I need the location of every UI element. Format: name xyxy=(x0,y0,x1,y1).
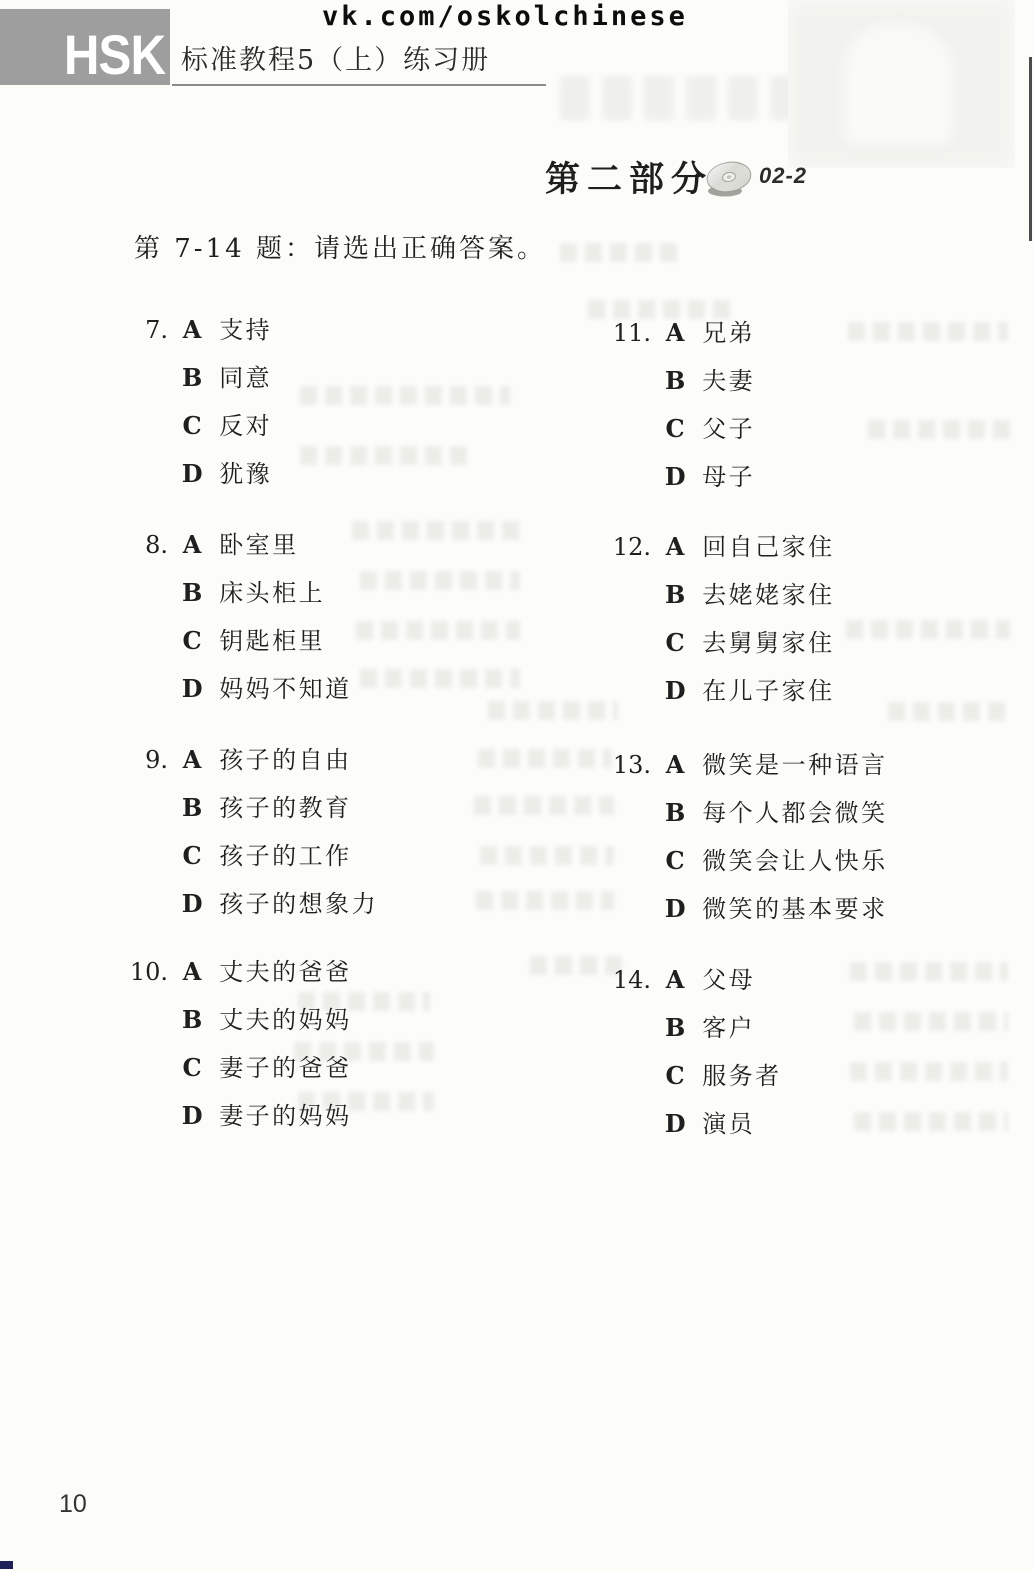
option-letter: A xyxy=(178,306,206,354)
question-12: 12. A 回自己家住 B 去姥姥家住 C 去舅舅家住 D 在儿子家住 xyxy=(607,522,835,714)
option-row: C 反对 xyxy=(124,401,272,449)
bleed-through-smudge xyxy=(854,1012,1008,1031)
option-text: 同意 xyxy=(219,354,272,402)
header-underline xyxy=(172,84,546,86)
option-row: D 母子 xyxy=(607,452,755,500)
option-row: C 孩子的工作 xyxy=(124,831,378,879)
option-text: 妻子的爸爸 xyxy=(219,1044,352,1092)
bleed-through-smudge xyxy=(560,243,680,262)
option-row: C 钥匙柜里 xyxy=(124,616,352,664)
option-letter: C xyxy=(661,405,689,453)
option-text: 妻子的妈妈 xyxy=(219,1092,352,1140)
scan-ghost-shape xyxy=(843,25,953,145)
option-letter: B xyxy=(661,357,689,405)
question-number: 8. xyxy=(124,521,168,569)
page-number: 10 xyxy=(59,1490,87,1519)
bleed-through-smudge xyxy=(888,702,1012,721)
scan-edge-artifact xyxy=(1029,57,1032,241)
question-number: 10. xyxy=(124,948,168,996)
option-text: 每个人都会微笑 xyxy=(702,789,888,837)
option-text: 丈夫的爸爸 xyxy=(219,948,352,996)
option-letter: B xyxy=(178,354,206,402)
option-row: B 床头柜上 xyxy=(124,568,352,616)
option-text: 在儿子家住 xyxy=(702,667,835,715)
option-text: 去舅舅家住 xyxy=(702,619,835,667)
option-row: 8. A 卧室里 xyxy=(124,520,352,568)
audio-track-number: 02-2 xyxy=(759,163,807,189)
option-letter: B xyxy=(661,571,689,619)
option-letter: C xyxy=(178,402,206,450)
option-letter: D xyxy=(661,1100,689,1148)
option-text: 兄弟 xyxy=(702,309,755,357)
question-number: 9. xyxy=(124,736,168,784)
option-row: B 丈夫的妈妈 xyxy=(124,995,352,1043)
option-letter: C xyxy=(661,619,689,667)
option-row: B 客户 xyxy=(607,1003,782,1051)
option-row: C 去舅舅家住 xyxy=(607,618,835,666)
option-text: 丈夫的妈妈 xyxy=(219,996,352,1044)
option-letter: D xyxy=(661,453,689,501)
option-letter: C xyxy=(661,837,689,885)
bleed-through-smudge xyxy=(488,701,618,720)
option-letter: D xyxy=(661,885,689,933)
bleed-through-smudge xyxy=(850,1062,1008,1081)
bleed-through-smudge xyxy=(846,620,1010,639)
option-letter: C xyxy=(178,832,206,880)
option-text: 演员 xyxy=(702,1100,755,1148)
option-letter: B xyxy=(178,569,206,617)
option-row: D 妻子的妈妈 xyxy=(124,1091,352,1139)
question-number: 11. xyxy=(607,309,651,357)
option-row: C 妻子的爸爸 xyxy=(124,1043,352,1091)
bleed-through-smudge xyxy=(854,1112,1008,1131)
bleed-through-smudge xyxy=(356,621,520,640)
scan-ghost-image xyxy=(788,0,1015,168)
option-letter: C xyxy=(178,617,206,665)
option-text: 卧室里 xyxy=(219,521,299,569)
option-text: 微笑会让人快乐 xyxy=(702,837,888,885)
option-text: 父母 xyxy=(702,956,755,1004)
option-text: 床头柜上 xyxy=(219,569,325,617)
option-text: 父子 xyxy=(702,405,755,453)
option-row: 13. A 微笑是一种语言 xyxy=(607,740,888,788)
option-text: 孩子的工作 xyxy=(219,832,352,880)
option-row: 7. A 支持 xyxy=(124,305,272,353)
option-row: D 在儿子家住 xyxy=(607,666,835,714)
option-text: 支持 xyxy=(219,306,272,354)
option-letter: D xyxy=(178,450,206,498)
option-row: B 同意 xyxy=(124,353,272,401)
option-row: D 孩子的想象力 xyxy=(124,879,378,927)
question-10: 10. A 丈夫的爸爸 B 丈夫的妈妈 C 妻子的爸爸 D 妻子的妈妈 xyxy=(124,947,352,1139)
question-number: 14. xyxy=(607,956,651,1004)
option-row: B 每个人都会微笑 xyxy=(607,788,888,836)
option-letter: C xyxy=(178,1044,206,1092)
question-number: 13. xyxy=(607,741,651,789)
question-14: 14. A 父母 B 客户 C 服务者 D 演员 xyxy=(607,955,782,1147)
bleed-through-smudge xyxy=(848,322,1008,341)
option-letter: A xyxy=(661,956,689,1004)
option-row: B 去姥姥家住 xyxy=(607,570,835,618)
bleed-through-smudge xyxy=(850,962,1008,981)
bleed-through-smudge xyxy=(474,796,614,815)
option-row: 11. A 兄弟 xyxy=(607,308,755,356)
instruction-text: 第 7-14 题：请选出正确答案。 xyxy=(134,228,546,265)
option-letter: B xyxy=(661,789,689,837)
option-letter: B xyxy=(178,784,206,832)
option-text: 微笑的基本要求 xyxy=(702,885,888,933)
option-row: D 妈妈不知道 xyxy=(124,664,352,712)
option-letter: A xyxy=(661,741,689,789)
scan-corner-artifact xyxy=(0,1561,13,1569)
question-11: 11. A 兄弟 B 夫妻 C 父子 D 母子 xyxy=(607,308,755,500)
hsk-logo-text: HSK xyxy=(64,27,165,83)
option-row: C 父子 xyxy=(607,404,755,452)
option-letter: A xyxy=(661,309,689,357)
option-letter: C xyxy=(661,1052,689,1100)
bleed-through-smudge xyxy=(868,420,1010,439)
section-title: 第二部分 xyxy=(545,152,713,202)
option-text: 孩子的想象力 xyxy=(219,880,378,928)
option-row: C 微笑会让人快乐 xyxy=(607,836,888,884)
bleed-through-smudge xyxy=(360,571,520,590)
option-row: 10. A 丈夫的爸爸 xyxy=(124,947,352,995)
option-row: 14. A 父母 xyxy=(607,955,782,1003)
option-text: 服务者 xyxy=(702,1052,782,1100)
scanned-workbook-page: vk.com/oskolchinese HSK 标准教程5（上）练习册 第二部分 xyxy=(0,0,1033,1571)
option-row: B 孩子的教育 xyxy=(124,783,378,831)
option-row: D 演员 xyxy=(607,1099,782,1147)
bleed-through-smudge xyxy=(300,446,470,465)
question-number: 7. xyxy=(124,306,168,354)
question-7: 7. A 支持 B 同意 C 反对 D 犹豫 xyxy=(124,305,272,497)
cd-disc-icon xyxy=(702,156,756,204)
bleed-through-smudge xyxy=(360,669,520,688)
question-number: 12. xyxy=(607,523,651,571)
option-letter: A xyxy=(178,948,206,996)
option-text: 去姥姥家住 xyxy=(702,571,835,619)
bleed-through-smudge xyxy=(560,76,825,120)
option-letter: D xyxy=(178,880,206,928)
option-row: B 夫妻 xyxy=(607,356,755,404)
option-row: 12. A 回自己家住 xyxy=(607,522,835,570)
bleed-through-smudge xyxy=(480,846,614,865)
option-text: 回自己家住 xyxy=(702,523,835,571)
option-letter: B xyxy=(178,996,206,1044)
option-text: 母子 xyxy=(702,453,755,501)
option-text: 孩子的自由 xyxy=(219,736,352,784)
option-text: 微笑是一种语言 xyxy=(702,741,888,789)
option-text: 客户 xyxy=(702,1004,755,1052)
option-text: 反对 xyxy=(219,402,272,450)
question-8: 8. A 卧室里 B 床头柜上 C 钥匙柜里 D 妈妈不知道 xyxy=(124,520,352,712)
option-letter: D xyxy=(178,665,206,713)
option-letter: A xyxy=(661,523,689,571)
option-text: 犹豫 xyxy=(219,450,272,498)
question-13: 13. A 微笑是一种语言 B 每个人都会微笑 C 微笑会让人快乐 D 微笑的基… xyxy=(607,740,888,932)
option-letter: D xyxy=(661,667,689,715)
option-row: D 微笑的基本要求 xyxy=(607,884,888,932)
option-text: 夫妻 xyxy=(702,357,755,405)
bleed-through-smudge xyxy=(478,749,612,768)
option-row: C 服务者 xyxy=(607,1051,782,1099)
option-letter: A xyxy=(178,736,206,784)
option-row: 9. A 孩子的自由 xyxy=(124,735,378,783)
bleed-through-smudge xyxy=(352,521,520,540)
option-text: 妈妈不知道 xyxy=(219,665,352,713)
option-letter: D xyxy=(178,1092,206,1140)
option-letter: A xyxy=(178,521,206,569)
option-letter: B xyxy=(661,1004,689,1052)
hsk-logo: HSK xyxy=(0,9,170,85)
option-row: D 犹豫 xyxy=(124,449,272,497)
question-9: 9. A 孩子的自由 B 孩子的教育 C 孩子的工作 D 孩子的想象力 xyxy=(124,735,378,927)
bleed-through-smudge xyxy=(476,891,614,910)
bleed-through-smudge xyxy=(300,386,510,405)
watermark-url: vk.com/oskolchinese xyxy=(322,1,688,32)
book-title: 标准教程5（上）练习册 xyxy=(181,38,490,77)
option-text: 孩子的教育 xyxy=(219,784,352,832)
option-text: 钥匙柜里 xyxy=(219,617,325,665)
